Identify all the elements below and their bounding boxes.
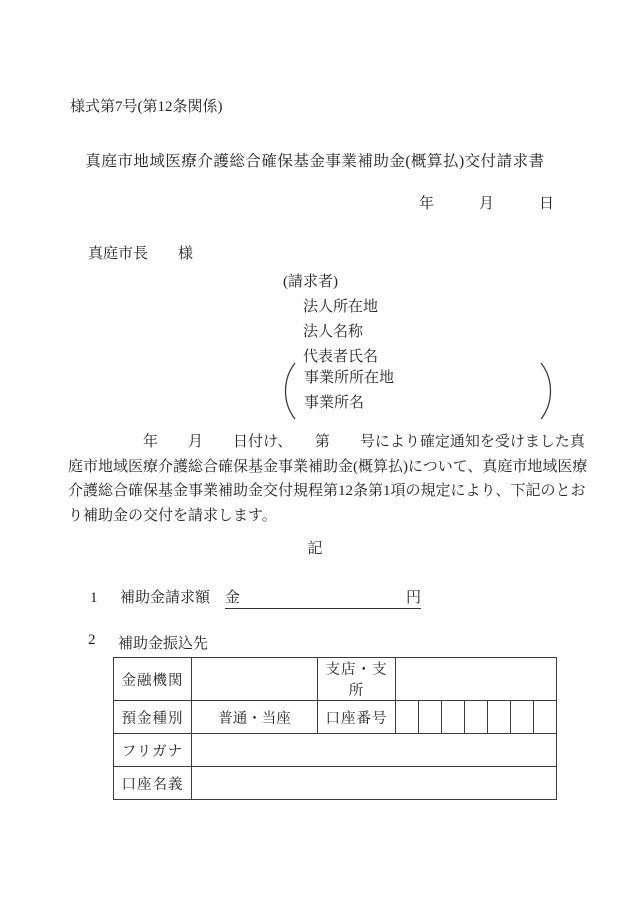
body-paragraph-line: 庭市地域医療介護総合確保基金事業補助金(概算払)について、真庭市地域医療 [68,455,574,480]
requester-field-office-name: 事業所名 [304,391,539,416]
account-number-digit-cell [488,701,511,734]
account-number-digit-cell [419,701,442,734]
furigana-label: フリガナ [114,734,192,767]
item-bank-transfer: 2 補助金振込先 [88,632,208,653]
amount-suffix: 円 [406,586,421,607]
table-row: 預金種別 普通・当座 口座番号 [114,701,557,734]
document-page: 様式第7号(第12条関係) 真庭市地域医療介護総合確保基金事業補助金(概算払)交… [0,0,630,903]
furigana-value-cell [192,734,557,767]
body-paragraph-line: り補助金の交付を請求します。 [68,504,574,529]
addressee: 真庭市長 様 [88,242,193,263]
requester-heading: (請求者) [283,270,338,291]
body-paragraph-line: 年 月 日付け、 第 号により確定通知を受けました真 [68,430,574,455]
table-row: フリガナ [114,734,557,767]
deposit-type-label: 預金種別 [114,701,192,734]
deposit-type-value-cell: 普通・当座 [192,701,318,734]
document-title: 真庭市地域医療介護総合確保基金事業補助金(概算払)交付請求書 [0,149,630,171]
requester-field-corporate-address: 法人所在地 [303,295,378,320]
item2-number: 2 [88,632,118,653]
requester-field-office-address: 事業所所在地 [304,366,539,391]
account-number-label: 口座番号 [318,701,396,734]
requester-field-corporate-name: 法人名称 [303,320,378,345]
account-holder-label: 口座名義 [114,767,192,800]
requester-fields: 法人所在地 法人名称 代表者氏名 [303,295,378,370]
item2-label: 補助金振込先 [118,632,208,653]
body-paragraph: 年 月 日付け、 第 号により確定通知を受けました真 庭市地域医療介護総合確保基… [68,430,574,528]
right-bracket-icon [539,362,553,420]
item1-number: 1 [90,590,120,607]
branch-value-cell [396,658,557,701]
financial-institution-label: 金融機関 [114,658,192,701]
branch-label: 支店・支所 [318,658,396,701]
item-subsidy-amount: 1 補助金請求額 金 円 [90,586,421,609]
account-number-digit-cell [534,701,557,734]
amount-prefix: 金 [225,586,240,607]
account-holder-value-cell [192,767,557,800]
financial-institution-value-cell [192,658,318,701]
amount-fill-in-line: 金 円 [225,586,421,609]
date-line: 年 月 日 [419,192,554,213]
account-number-digit-cell [396,701,419,734]
section-marker-ki: 記 [0,537,630,558]
table-row: 口座名義 [114,767,557,800]
item1-label: 補助金請求額 [120,586,225,607]
form-number: 様式第7号(第12条関係) [70,95,223,116]
account-number-digit-cell [511,701,534,734]
office-fields-bracket-group: 事業所所在地 事業所名 [283,362,553,420]
table-row: 金融機関 支店・支所 [114,658,557,701]
left-bracket-icon [283,362,297,420]
bank-transfer-table: 金融機関 支店・支所 預金種別 普通・当座 口座番号 フリガナ 口座名義 [113,657,557,800]
account-number-digit-cell [442,701,465,734]
body-paragraph-line: 介護総合確保基金事業補助金交付規程第12条第1項の規定により、下記のとお [68,479,574,504]
account-number-digit-cell [465,701,488,734]
